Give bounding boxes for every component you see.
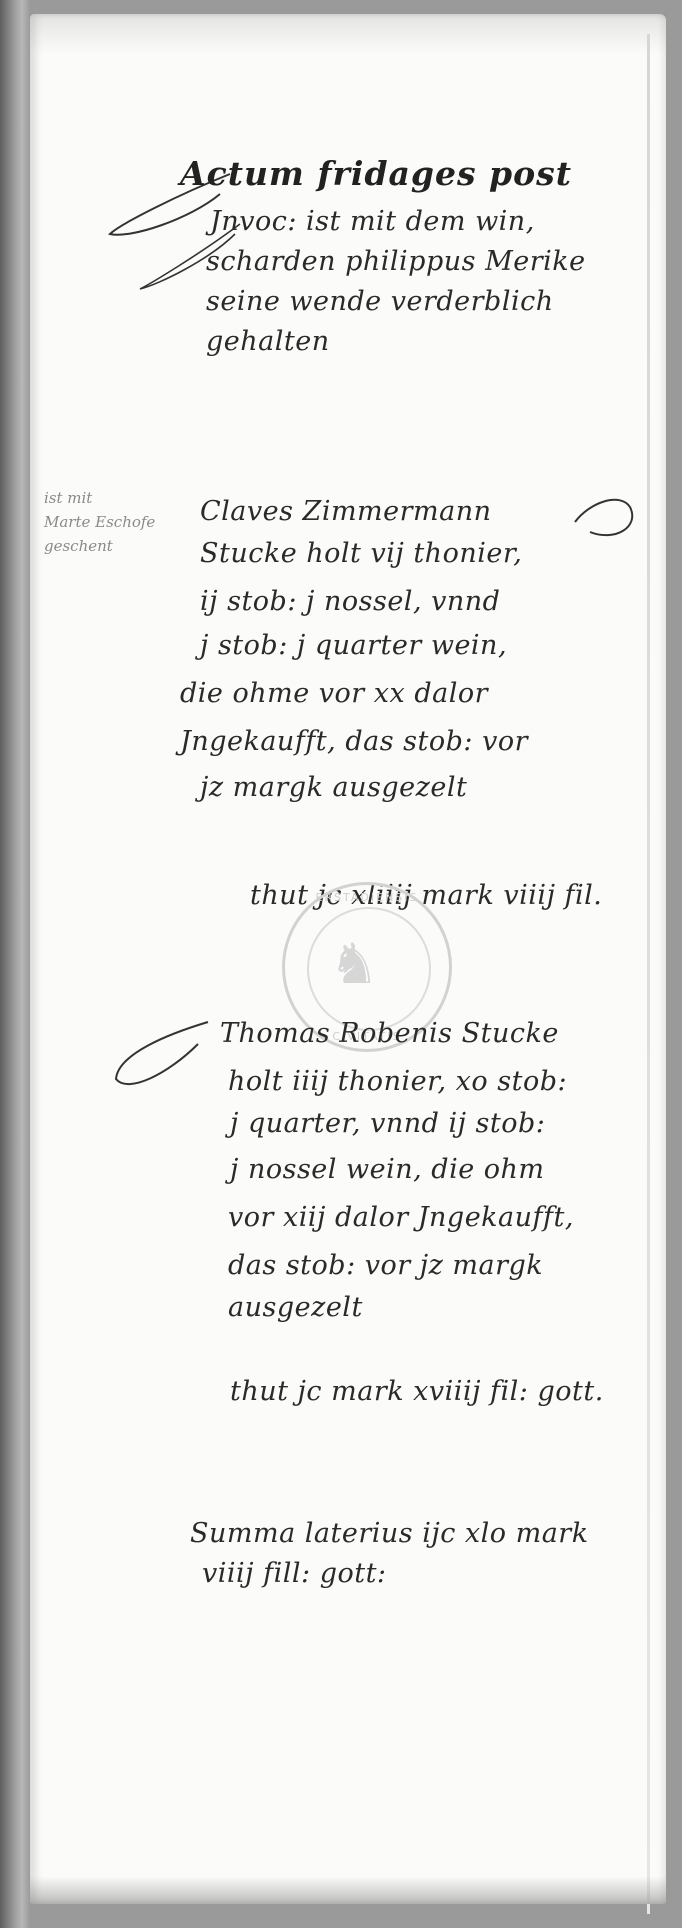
lion-emblem-icon: ♞ xyxy=(329,935,379,995)
entry2-line: das stob: vor jz margk xyxy=(228,1250,543,1281)
margin-note-line: geschent xyxy=(44,534,155,558)
margin-note-line: ist mit xyxy=(44,486,155,510)
entry2-total: thut jc mark xviiij fil: gott. xyxy=(230,1376,604,1407)
entry1-flourish-icon xyxy=(570,492,640,552)
entry1-line: jz margk ausgezelt xyxy=(200,772,467,803)
summa-line: Summa laterius ijc xlo mark xyxy=(190,1518,589,1549)
heading-line: gehalten xyxy=(206,326,330,357)
entry2-line: j quarter, vnnd ij stob: xyxy=(230,1108,545,1139)
entry1-line: ij stob: j nossel, vnnd xyxy=(200,586,500,617)
entry1-line: j stob: j quarter wein, xyxy=(200,630,507,661)
entry2-line: vor xiij dalor Jngekaufft, xyxy=(228,1202,574,1233)
heading-title: Actum fridages post xyxy=(180,154,572,193)
entry1-line: Jngekaufft, das stob: vor xyxy=(180,726,528,757)
page-edge xyxy=(647,34,650,1914)
entry2-line: holt iiij thonier, xo stob: xyxy=(228,1066,567,1097)
summa-line: viiij fill: gott: xyxy=(202,1558,387,1589)
entry1-line: Claves Zimmermann xyxy=(200,496,492,527)
entry2-line: j nossel wein, die ohm xyxy=(230,1154,545,1185)
heading-line: Jnvoc: ist mit dem win, xyxy=(210,206,535,237)
entry2-flourish-icon xyxy=(108,1014,218,1094)
heading-line: scharden philippus Merike xyxy=(206,246,586,277)
margin-note-line: Marte Eschofe xyxy=(44,510,155,534)
entry2-line: ausgezelt xyxy=(228,1292,363,1323)
entry2-line: Thomas Robenis Stucke xyxy=(220,1018,559,1049)
heading-line: seine wende verderblich xyxy=(206,286,554,317)
margin-note: ist mit Marte Eschofe geschent xyxy=(44,486,155,558)
manuscript-page: Actum fridages post Jnvoc: ist mit dem w… xyxy=(30,14,666,1904)
stamp-top-text: ERSTADIENSIS xyxy=(285,891,449,904)
entry1-line: die ohme vor xx dalor xyxy=(180,678,488,709)
entry1-line: Stucke holt vij thonier, xyxy=(200,538,522,569)
